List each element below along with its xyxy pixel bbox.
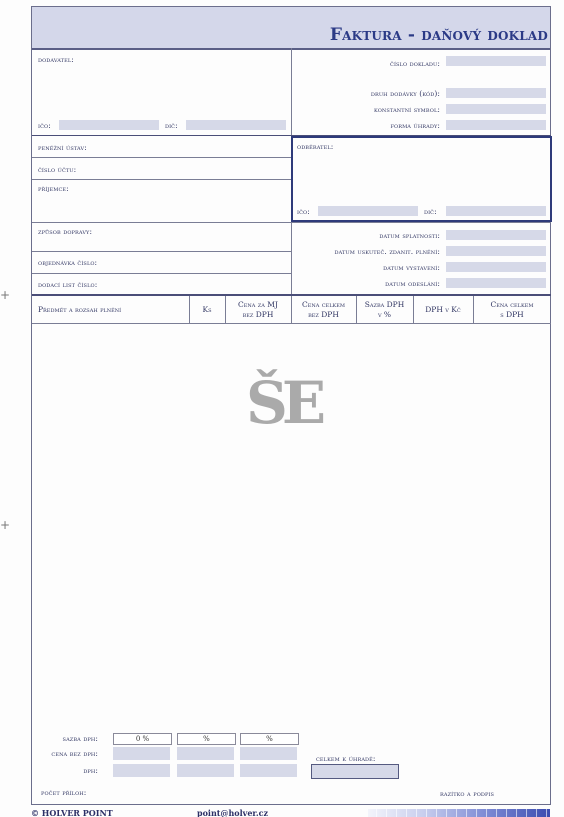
objednavka-cislo-label: Objednávka číslo: <box>38 258 97 267</box>
cena-bez-dph-label: Cena bez DPH: <box>51 749 98 758</box>
cena-bez-dph-field-3[interactable] <box>240 747 297 760</box>
gradient-segment <box>376 809 377 817</box>
customer-ico-label: IČO: <box>297 207 310 216</box>
datum-uskutec-label: Datum uskuteč. zdanit. plnění: <box>334 247 440 256</box>
table-column-header: Cena za MJ bez DPH <box>225 296 291 323</box>
datum-splatnosti-field[interactable] <box>446 230 546 240</box>
customer-label: Odběratel: <box>297 142 333 151</box>
datum-vystaveni-label: Datum vystavení: <box>383 263 440 272</box>
datum-vystaveni-field[interactable] <box>446 262 546 272</box>
datum-odeslani-label: Datum odeslání: <box>385 279 440 288</box>
table-column-header: DPH v Kč <box>413 296 473 323</box>
table-column-header: Cena celkem bez DPH <box>291 296 356 323</box>
gradient-segment <box>446 809 447 817</box>
divider <box>32 251 291 252</box>
dph-field-1[interactable] <box>113 764 170 777</box>
gradient-segment <box>546 809 547 817</box>
gradient-segment <box>506 809 507 817</box>
vat-rate-box-3[interactable]: % <box>240 733 299 745</box>
column-divider <box>189 296 190 323</box>
column-divider <box>291 296 292 323</box>
gradient-segment <box>486 809 487 817</box>
supplier-dic-label: DIČ: <box>165 121 178 130</box>
cislo-uctu-label: Číslo účtu: <box>38 165 76 174</box>
datum-uskutec-field[interactable] <box>446 246 546 256</box>
vat-rate-box-1[interactable]: 0 % <box>113 733 172 745</box>
gradient-segment <box>516 809 517 817</box>
watermark-logo: ŠE <box>246 369 320 437</box>
column-divider <box>413 296 414 323</box>
footer-copyright: © HOLVER POINT <box>31 808 113 817</box>
gradient-segment <box>386 809 387 817</box>
gradient-segment <box>406 809 407 817</box>
registration-mark-icon: + <box>0 288 10 302</box>
dph-label: DPH: <box>83 766 98 775</box>
customer-dic-label: DIČ: <box>424 207 437 216</box>
column-divider <box>225 296 226 323</box>
cislo-dokladu-field[interactable] <box>446 56 546 66</box>
forma-uhrady-field[interactable] <box>446 120 546 130</box>
forma-uhrady-label: Forma úhrady: <box>390 121 440 130</box>
datum-odeslani-field[interactable] <box>446 278 546 288</box>
razitko-label: Razítko a podpis <box>440 789 494 798</box>
dodaci-list-label: Dodací list číslo: <box>38 280 97 289</box>
customer-ico-field[interactable] <box>318 206 418 216</box>
cislo-dokladu-label: Číslo dokladu: <box>390 59 440 68</box>
druh-dodavky-label: Druh dodávky (kód): <box>371 89 440 98</box>
gradient-segment <box>426 809 427 817</box>
pocet-priloh-label: Počet příloh: <box>41 788 86 797</box>
dph-field-2[interactable] <box>177 764 234 777</box>
gradient-segment <box>536 809 537 817</box>
table-column-header: Předmět a rozsah plnění <box>32 296 189 323</box>
divider <box>32 179 291 180</box>
cena-bez-dph-field-1[interactable] <box>113 747 170 760</box>
divider <box>32 323 551 324</box>
customer-dic-field[interactable] <box>446 206 546 216</box>
column-divider <box>473 296 474 323</box>
gradient-segment <box>476 809 477 817</box>
celkem-k-uhrade-label: Celkem k úhradě: <box>316 754 376 763</box>
registration-mark-icon: + <box>0 518 10 532</box>
gradient-segment <box>466 809 467 817</box>
zpusob-dopravy-label: Způsob dopravy: <box>38 227 92 236</box>
konstantni-symbol-label: Konstantní symbol: <box>374 105 440 114</box>
column-divider <box>356 296 357 323</box>
document-title: Faktura - daňový doklad <box>330 25 548 45</box>
color-gradient-bar <box>368 809 550 817</box>
table-column-header: Ks <box>189 296 225 323</box>
sazba-dph-label: Sazba DPH: <box>63 734 98 743</box>
supplier-ico-label: IČO: <box>38 121 51 130</box>
gradient-segment <box>416 809 417 817</box>
divider <box>32 273 291 274</box>
gradient-segment <box>396 809 397 817</box>
cena-bez-dph-field-2[interactable] <box>177 747 234 760</box>
celkem-k-uhrade-field[interactable] <box>311 764 399 779</box>
prijemce-label: Příjemce: <box>38 184 69 193</box>
dph-field-3[interactable] <box>240 764 297 777</box>
konstantni-symbol-field[interactable] <box>446 104 546 114</box>
gradient-segment <box>436 809 437 817</box>
supplier-dic-field[interactable] <box>186 120 286 130</box>
penezni-ustav-label: Peněžní ústav: <box>38 143 87 152</box>
table-column-header: Sazba DPH v % <box>356 296 413 323</box>
gradient-segment <box>496 809 497 817</box>
footer-email[interactable]: point@holver.cz <box>197 808 268 817</box>
divider <box>32 157 291 158</box>
divider <box>32 222 551 223</box>
gradient-segment <box>526 809 527 817</box>
table-column-header: Cena celkem s DPH <box>473 296 551 323</box>
supplier-ico-field[interactable] <box>59 120 159 130</box>
datum-splatnosti-label: Datum splatnosti: <box>379 231 440 240</box>
gradient-segment <box>456 809 457 817</box>
vat-rate-box-2[interactable]: % <box>177 733 236 745</box>
druh-dodavky-field[interactable] <box>446 88 546 98</box>
document-header: Faktura - daňový doklad <box>32 7 550 50</box>
supplier-label: Dodavatel: <box>38 55 74 64</box>
